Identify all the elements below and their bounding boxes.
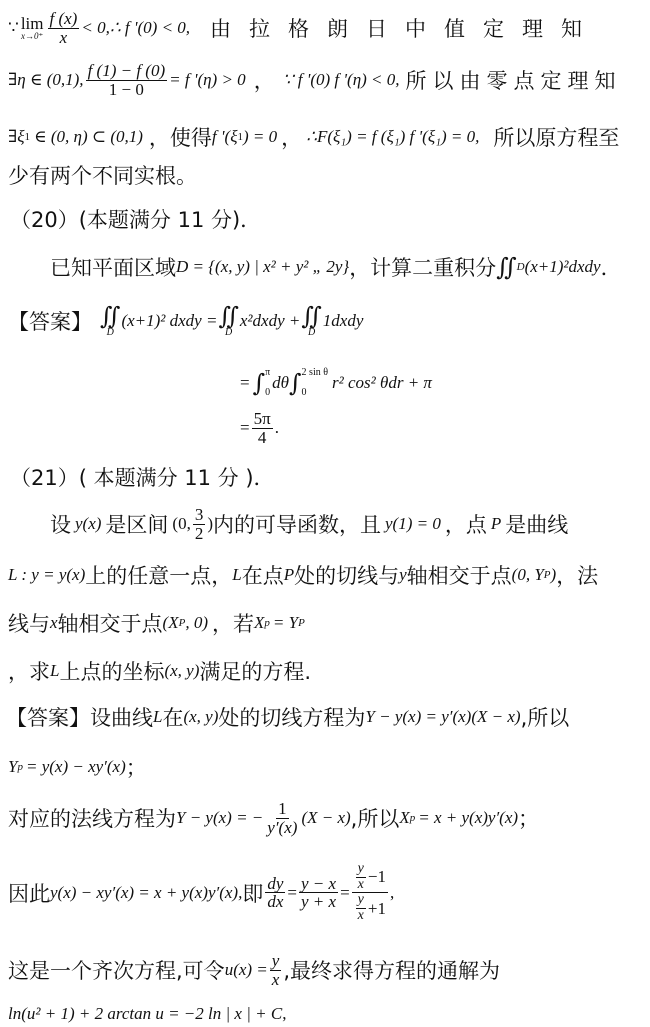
double-integral: ∬D (218, 304, 238, 338)
because-symbol: ∵ (8, 18, 19, 38)
answer-21-line-4: 因此 y(x) − xy′(x) = x + y(x)y′(x), 即 dy d… (8, 862, 394, 924)
math-inline: ∵ f '(0) f '(η) < 0, (283, 70, 400, 90)
problem-20-answer-line-3: = 5π 4 . (240, 410, 279, 447)
answer-label: 【答案】 (6, 702, 90, 732)
fraction: f (1) − f (0) 1 − 0 (86, 62, 168, 99)
proof-line-4: 少有两个不同实根。 (8, 160, 197, 190)
fraction: 1 y′(x) (265, 800, 299, 837)
fraction: y x (270, 952, 282, 989)
double-integral: ∬D (301, 304, 321, 338)
problem-20-answer-line-2: = ∫ π 0 dθ ∫ 2 sin θ 0 r² cos² θdr + π (240, 368, 432, 398)
text: 由拉格朗日中值定理知 (210, 13, 600, 43)
math-inline: < 0,∴ f '(0) < 0, (81, 18, 190, 38)
proof-line-2: ∃η ∈ (0,1), f (1) − f (0) 1 − 0 = f '(η)… (8, 62, 622, 99)
answer-21-line-6: ln(u² + 1) + 2 arctan u = −2 ln | x | + … (8, 1004, 286, 1024)
answer-21-line-3: 对应的法线方程为 Y − y(x) = − 1 y′(x) (X − x) ,所… (8, 800, 539, 837)
double-integral: ∬D (100, 304, 120, 338)
limit-expression: lim x→0⁺ (21, 15, 44, 41)
proof-line-1: ∵ lim x→0⁺ f (x) x < 0,∴ f '(0) < 0, 由拉格… (8, 10, 600, 47)
fraction: 5π 4 (252, 410, 273, 447)
problem-21-line-2: L : y = y(x) 上的任意一点， L 在点 P 处的切线与 y 轴相交于… (8, 560, 598, 590)
text: 所以由零点定理知 (406, 65, 622, 95)
math-inline: ∃η ∈ (0,1), (8, 70, 84, 90)
answer-21-line-1: 【答案】 设曲线 L 在 (x, y) 处的切线方程为 Y − y(x) = y… (6, 702, 569, 732)
math-inline: = f '(η) > 0 (169, 70, 246, 90)
problem-20-heading: （20）(本题满分 11 分)． (10, 204, 261, 234)
answer-label: 【答案】 (8, 306, 92, 336)
answer-21-line-2: Yp = y(x) − xy′(x) ； (8, 752, 147, 782)
proof-line-3: ∃ξ1 ∈ (0, η) ⊂ (0,1) ，使得 f '(ξ1) = 0 ， ∴… (8, 122, 619, 152)
fraction: 3 2 (193, 506, 206, 543)
fraction: f (x) x (48, 10, 80, 47)
fraction: y − x y + x (299, 875, 338, 912)
problem-21-heading: （21）( 本题满分 11 分 )． (10, 462, 275, 492)
compound-fraction: yx −1 yx +1 (352, 862, 388, 924)
problem-21-line-3: 线与 x 轴相交于点 (XP, 0) ，若 Xp = YP (8, 608, 305, 638)
fraction: dy dx (265, 875, 285, 912)
problem-21-line-4: ，求 L 上点的坐标 (x, y) 满足的方程. (8, 656, 311, 686)
problem-20-statement: 已知平面区域 D = {(x, y) | x² + y² „ 2y} ，计算二重… (50, 252, 622, 282)
problem-20-answer-line-1: 【答案】 ∬D (x+1)² dxdy = ∬D x²dxdy + ∬D 1dx… (8, 304, 363, 338)
answer-21-line-5: 这是一个齐次方程,可令 u(x) = y x ,最终求得方程的通解为 (8, 952, 500, 989)
problem-21-line-1: 设 y(x) 是区间 (0, 3 2 ) 内的可导函数，且 y(1) = 0 ，… (50, 506, 568, 543)
